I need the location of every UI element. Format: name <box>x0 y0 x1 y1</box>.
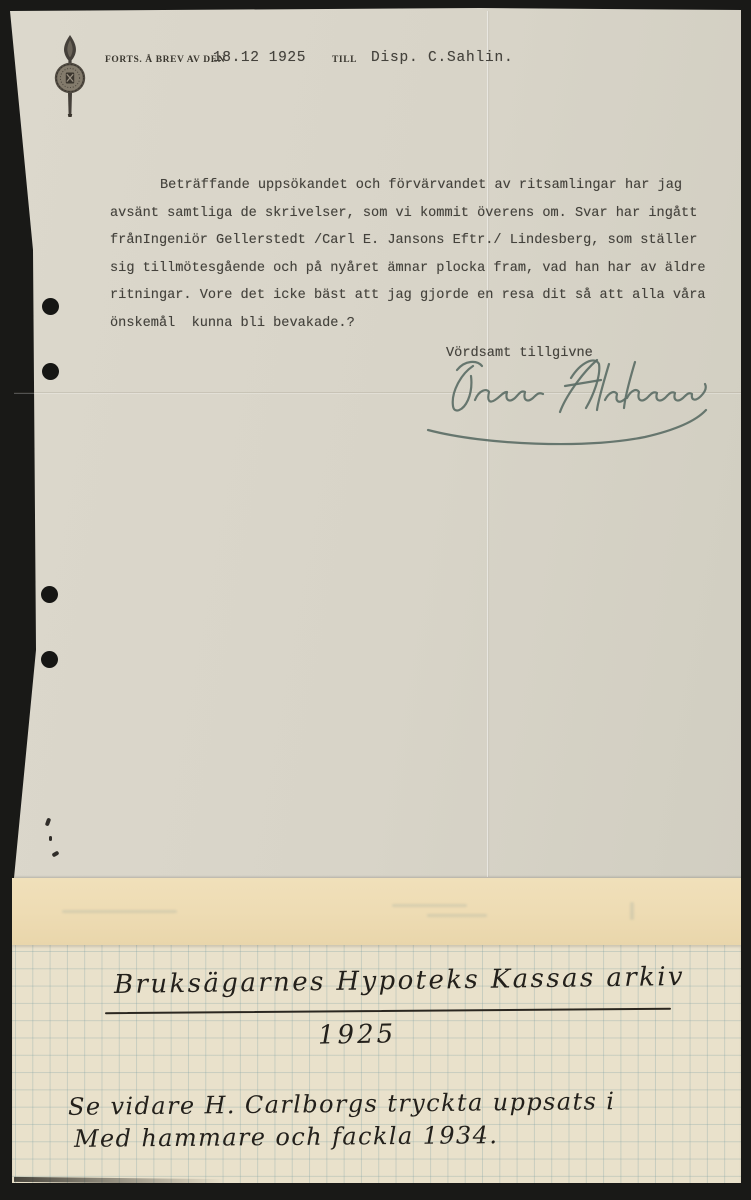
show-through-mark <box>630 902 634 920</box>
show-through-mark <box>392 904 467 907</box>
punch-hole <box>42 298 59 315</box>
show-through-mark <box>427 914 487 917</box>
punch-hole <box>41 586 58 603</box>
body-line: frånIngeniör Gellerstedt /Carl E. Janson… <box>110 227 725 255</box>
typed-date: 18.12 1925 <box>213 50 306 66</box>
show-through-mark <box>62 910 177 913</box>
tan-backing-strip <box>12 878 741 945</box>
punch-hole <box>41 651 58 668</box>
reference-note-line: Med hammare och fackla 1934. <box>74 1121 499 1153</box>
printed-till-label: TILL <box>332 55 357 65</box>
signature-autograph <box>405 348 715 453</box>
body-line: ritningar. Vore det icke bäst att jag gj… <box>110 282 725 310</box>
printed-continuation-label: FORTS. Å BREV AV DEN <box>105 55 225 65</box>
letterhead-emblem-icon <box>52 34 88 118</box>
letter-body: Beträffande uppsökandet och förvärvandet… <box>110 172 725 337</box>
archive-year-handwriting: 1925 <box>318 1019 397 1050</box>
card-edge-shadow <box>14 1177 224 1184</box>
body-line: avsänt samtliga de skrivelser, som vi ko… <box>110 200 725 228</box>
reference-note-line: Se vidare H. Carlborgs tryckta uppsats i <box>68 1087 616 1121</box>
body-line: Beträffande uppsökandet och förvärvandet… <box>110 172 725 200</box>
body-line: önskemål kunna bli bevakade.? <box>110 310 725 338</box>
scanned-document-page: FORTS. Å BREV AV DEN 18.12 1925 TILL Dis… <box>0 0 751 1200</box>
punch-hole <box>42 363 59 380</box>
typed-recipient: Disp. C.Sahlin. <box>371 50 514 66</box>
body-line: sig tillmötesgående och på nyåret ämnar … <box>110 255 725 283</box>
ink-speck <box>49 836 52 841</box>
